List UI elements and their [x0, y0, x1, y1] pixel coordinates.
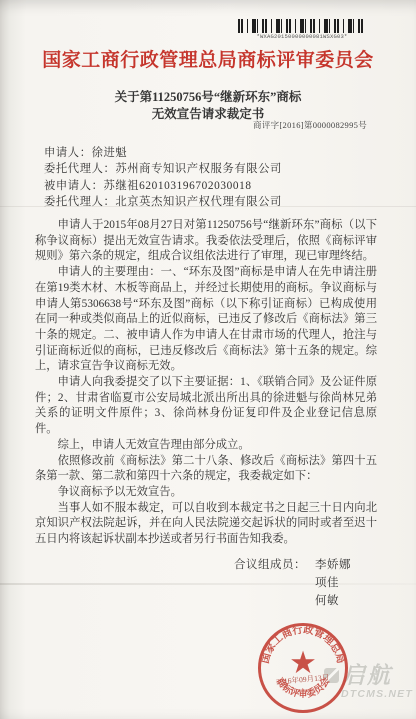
paragraph-case-intro: 申请人于2015年08月27日对第11250756号“继新环东”商标（以下称争议… [35, 218, 377, 265]
authority-title: 国家工商行政管理总局商标评审委员会 [0, 45, 416, 72]
document-subject: 关于第11250756号“继新环东”商标 无效宣告请求裁定书 [0, 89, 416, 122]
party-respondent: 被申请人：苏继祖620103196702030018 [44, 178, 282, 194]
subject-line-1: 关于第11250756号“继新环东”商标 [0, 89, 416, 106]
parties-block: 申请人：徐进魁 委托代理人：苏州商专知识产权服务有限公司 被申请人：苏继祖620… [44, 145, 282, 210]
watermark-domain: DTCMS.NET [341, 688, 413, 700]
panel-members: 李娇娜 项佳 何敏 [315, 556, 351, 610]
paragraph-ruling: 争议商标予以无效宣告。 [35, 485, 377, 501]
barcode-text: *WXAG20150000000081WSXG03* [238, 34, 366, 40]
ruling-body: 申请人于2015年08月27日对第11250756号“继新环东”商标（以下称争议… [35, 218, 377, 548]
barcode-block: *WXAG20150000000081WSXG03* [238, 19, 366, 40]
barcode-icon [238, 19, 366, 33]
document-page: *WXAG20150000000081WSXG03* 国家工商行政管理总局商标评… [0, 0, 416, 719]
panel-member: 何敏 [315, 592, 351, 610]
scan-crease [0, 206, 416, 207]
panel-member: 李娇娜 [315, 556, 351, 574]
party-applicant: 申请人：徐进魁 [44, 145, 282, 161]
panel-signature: 合议组成员： 李娇娜 项佳 何敏 [234, 556, 351, 610]
party-applicant-agent: 委托代理人：苏州商专知识产权服务有限公司 [44, 161, 282, 177]
paragraph-conclusion: 综上，申请人无效宣告理由部分成立。 [35, 438, 377, 454]
paragraph-legal-basis: 依照修改前《商标法》第二十八条、修改后《商标法》第四十五条第一款、第二款和第四十… [35, 454, 377, 485]
official-seal: 国家工商行政管理总局 ★ 2016年09月13日 商标评审委员会 [256, 619, 350, 717]
document-number: 商评字[2016]第0000082995号 [253, 119, 367, 131]
panel-label: 合议组成员： [234, 556, 306, 610]
paragraph-evidence: 申请人向我委提交了以下主要证据：1、《联销合同》及公证件原件；2、甘肃省临夏市公… [35, 375, 377, 438]
scan-crease [0, 583, 416, 585]
party-respondent-agent: 委托代理人：北京英杰知识产权代理有限公司 [44, 194, 282, 210]
paragraph-appeal-notice: 当事人如不服本裁定，可以自收到本裁定书之日起三十日内向北京知识产权法院起诉，并在… [35, 501, 377, 548]
paragraph-applicant-reasons: 申请人的主要理由：一、“环东及图”商标是申请人在先申请注册在第19类木材、木板等… [35, 265, 377, 375]
panel-member: 项佳 [315, 574, 351, 592]
